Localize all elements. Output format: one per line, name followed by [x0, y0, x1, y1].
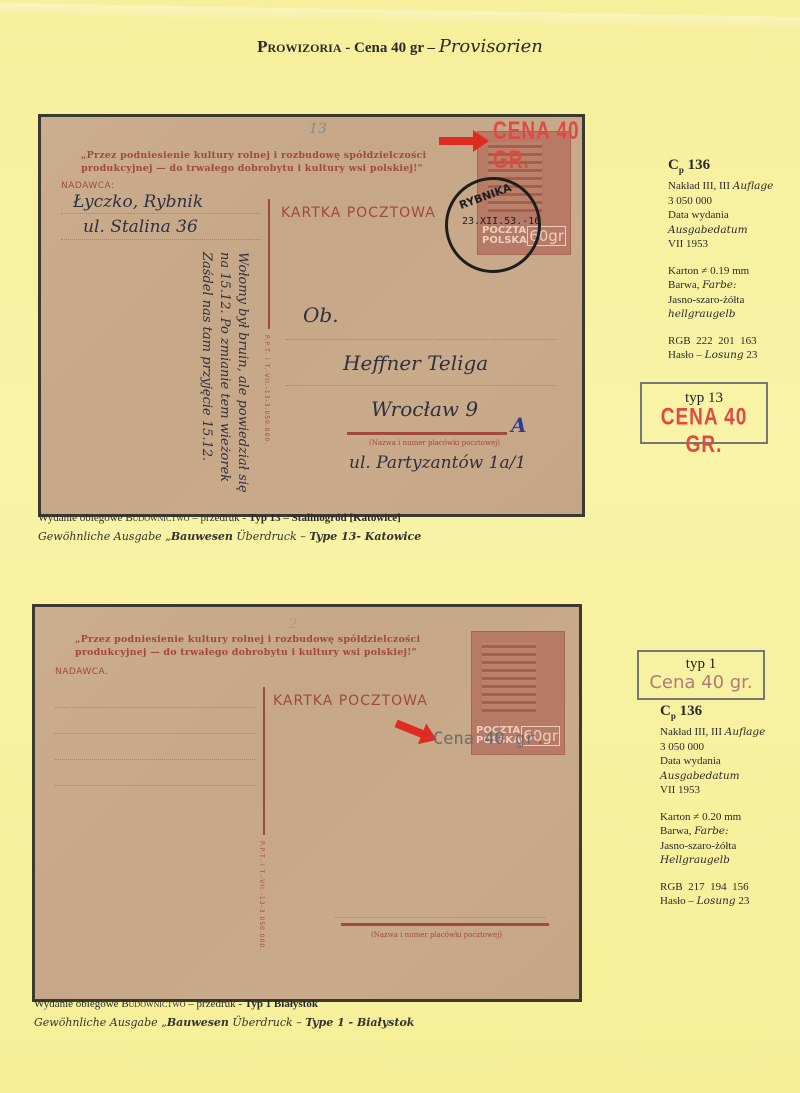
imprint-code: P.P.T. i T.-VII.-13-3.050.000.: [263, 335, 270, 445]
issue-date: VII 1953: [660, 783, 765, 798]
recipient-street: ul. Partyzantów 1a/1: [349, 453, 526, 473]
color-label: Barwa, Farbe:: [660, 824, 765, 839]
card-title: KARTKA POCZTOWA: [273, 693, 428, 709]
sender-handwriting-2: ul. Stalina 36: [83, 217, 198, 237]
title-polish: Prowizoria: [257, 37, 341, 56]
blue-mark: A: [511, 413, 527, 437]
card-1-caption-pl: Wydanie obiegowe Budownictwo – przedruk …: [38, 512, 401, 524]
print-run: Nakład III, III Auflage: [668, 179, 773, 194]
color-name-de: Hellgraugelb: [660, 853, 765, 868]
catalog-number: Cp 136: [668, 156, 773, 179]
red-arrow-icon: [439, 137, 475, 145]
title-price: - Cena 40 gr –: [342, 40, 439, 56]
postcard-2: 2 „Przez podniesienie kultury rolnej i r…: [35, 607, 579, 999]
type-1-box: typ 1 Cena 40 gr.: [637, 650, 765, 700]
overprint: Cena 40 gr.: [433, 729, 546, 749]
postmark-town: RYBNIKA: [457, 181, 513, 212]
imprint-code: P.P.T. i T.-VII.-13-3.050.000.: [258, 841, 265, 951]
page-title: Prowizoria - Cena 40 gr – Provisorien: [0, 36, 800, 57]
rgb-value: RGB 222 201 163: [668, 334, 773, 349]
color-label: Barwa, Farbe:: [668, 278, 773, 293]
info-block-1: Cp 136 Nakład III, III Auflage 3 050 000…: [668, 156, 773, 363]
sender-handwriting-1: Łyczko, Rybnik: [73, 192, 203, 212]
postcard-1: 13 „Przez podniesienie kultury rolnej i …: [41, 117, 582, 514]
date-label: Data wydania: [668, 208, 773, 223]
print-run: Nakład III, III Auflage: [660, 725, 765, 740]
red-arrow-icon: [395, 720, 426, 739]
type-overprint-sample: CENA 40 GR.: [642, 405, 766, 460]
postmark-date: 23.XII.53.-16: [462, 216, 540, 227]
card-title: KARTKA POCZTOWA: [281, 205, 436, 221]
card-2-caption-de: Gewöhnliche Ausgabe „Bauwesen Überdruck …: [34, 1016, 414, 1029]
recipient-name: Heffner Teliga: [343, 351, 488, 375]
sender-label: NADAWCA.: [55, 667, 108, 677]
message-handwriting: Wołomy był bruin, ale powiedział się na …: [131, 252, 251, 502]
sender-label: NADAWCA:: [61, 181, 115, 191]
quantity: 3 050 000: [660, 740, 765, 755]
karton: Karton ≠ 0.20 mm: [660, 810, 765, 825]
card-2-caption-pl: Wydanie obiegowe Budownictwo – przedruk …: [34, 998, 318, 1010]
date-label-de: Ausgabedatum: [660, 769, 765, 784]
karton: Karton ≠ 0.19 mm: [668, 264, 773, 279]
slogan-number: Hasło – Losung 23: [660, 894, 765, 909]
color-name-de: hellgraugelb: [668, 307, 773, 322]
pencil-note: 13: [309, 121, 327, 137]
postcard-2-frame: 2 „Przez podniesienie kultury rolnej i r…: [32, 604, 582, 1002]
stamp-building-illustration: [482, 642, 536, 712]
divider-line: [268, 199, 270, 329]
address-line: [347, 432, 507, 435]
postmark: RYBNIKA 23.XII.53.-16: [445, 177, 541, 273]
address-caption: (Nazwa i numer placówki pocztowej): [369, 439, 500, 447]
slogan-number: Hasło – Losung 23: [668, 348, 773, 363]
recipient-city: Wrocław 9: [371, 397, 478, 421]
date-label: Data wydania: [660, 754, 765, 769]
recipient-prefix: Ob.: [303, 303, 339, 327]
date-label-de: Ausgabedatum: [668, 223, 773, 238]
color-name: Jasno-szaro-żółta: [660, 839, 765, 854]
rgb-value: RGB 217 194 156: [660, 880, 765, 895]
address-caption: (Nazwa i numer placówki pocztowej): [371, 931, 502, 939]
address-line: [341, 923, 549, 926]
type-13-box: typ 13 CENA 40 GR.: [640, 382, 768, 444]
postcard-1-frame: 13 „Przez podniesienie kultury rolnej i …: [38, 114, 585, 517]
issue-date: VII 1953: [668, 237, 773, 252]
pencil-note: 2: [289, 617, 297, 632]
color-name: Jasno-szaro-żółta: [668, 293, 773, 308]
info-block-2: Cp 136 Nakład III, III Auflage 3 050 000…: [660, 702, 765, 909]
overprint: CENA 40 GR.: [493, 118, 582, 175]
divider-line: [263, 687, 265, 835]
card-1-caption-de: Gewöhnliche Ausgabe „Bauwesen Überdruck …: [38, 530, 421, 543]
slogan: „Przez podniesienie kultury rolnej i roz…: [75, 633, 445, 659]
type-overprint-sample: Cena 40 gr.: [639, 672, 763, 693]
title-german: Provisorien: [439, 36, 543, 57]
catalog-number: Cp 136: [660, 702, 765, 725]
type-label: typ 1: [639, 656, 763, 672]
slogan: „Przez podniesienie kultury rolnej i roz…: [81, 149, 451, 175]
quantity: 3 050 000: [668, 194, 773, 209]
